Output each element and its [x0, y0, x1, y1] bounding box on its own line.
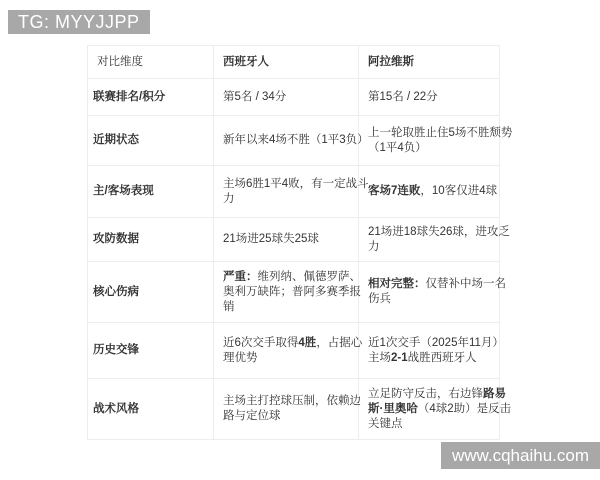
- alaves-cell: 第15名 / 22分: [359, 79, 500, 116]
- espanyol-cell: 严重：维列纳、佩德罗萨、 奥利万缺阵；普阿多赛季报 销: [214, 262, 359, 323]
- text-segment: 21场进25球失25球: [223, 233, 319, 245]
- alaves-cell: 近1次交手（2025年11月） 主场2-1战胜西班牙人: [359, 323, 500, 379]
- table-row: 核心伤病严重：维列纳、佩德罗萨、 奥利万缺阵；普阿多赛季报 销相对完整：仅替补中…: [88, 262, 500, 323]
- text-segment: 立足防守反击，右边锋: [368, 388, 483, 400]
- text-segment: 第5名 / 34分: [223, 91, 286, 103]
- header-team-alaves: 阿拉维斯: [359, 46, 500, 79]
- espanyol-cell: 近6次交手取得4胜，占据心 理优势: [214, 323, 359, 379]
- text-segment: 近6次交手取得: [223, 337, 298, 349]
- comparison-table: 对比维度 西班牙人 阿拉维斯 联赛排名/积分第5名 / 34分第15名 / 22…: [87, 45, 500, 440]
- row-label: 战术风格: [88, 379, 214, 440]
- row-label: 历史交锋: [88, 323, 214, 379]
- espanyol-cell: 主场6胜1平4败，有一定战斗 力: [214, 166, 359, 218]
- text-segment: 2-1: [391, 352, 408, 364]
- text-segment: 21场进18球失26球，进攻乏 力: [368, 226, 510, 253]
- espanyol-cell: 第5名 / 34分: [214, 79, 359, 116]
- row-label: 主/客场表现: [88, 166, 214, 218]
- text-segment: ，10客仅进4球: [420, 185, 497, 197]
- text-segment: 主场主打控球压制，依赖边 路与定位球: [223, 395, 361, 422]
- text-segment: 主场6胜1平4败，有一定战斗 力: [223, 178, 369, 205]
- row-label: 核心伤病: [88, 262, 214, 323]
- page: TG: MYYJJPP 对比维度 西班牙人 阿拉维斯 联赛排名/积分第5名 / …: [0, 0, 600, 480]
- text-segment: 战胜西班牙人: [408, 352, 477, 364]
- text-segment: 4胜: [298, 337, 316, 349]
- table-row: 近期状态新年以来4场不胜（1平3负）上一轮取胜止住5场不胜颓势 （1平4负）: [88, 116, 500, 166]
- text-segment: 新年以来4场不胜（1平3负）: [223, 134, 369, 146]
- table-row: 历史交锋近6次交手取得4胜，占据心 理优势近1次交手（2025年11月） 主场2…: [88, 323, 500, 379]
- row-label: 攻防数据: [88, 218, 214, 262]
- text-segment: 严重：: [223, 271, 258, 283]
- table-row: 主/客场表现主场6胜1平4败，有一定战斗 力客场7连败，10客仅进4球: [88, 166, 500, 218]
- table-row: 战术风格主场主打控球压制，依赖边 路与定位球立足防守反击，右边锋路易 斯·里奥哈…: [88, 379, 500, 440]
- alaves-cell: 21场进18球失26球，进攻乏 力: [359, 218, 500, 262]
- header-dimension: 对比维度: [88, 46, 214, 79]
- table-row: 攻防数据21场进25球失25球21场进18球失26球，进攻乏 力: [88, 218, 500, 262]
- text-segment: 相对完整：: [368, 278, 426, 290]
- telegram-handle-badge: TG: MYYJJPP: [8, 10, 150, 34]
- text-segment: 客场7连败: [368, 185, 420, 197]
- table-row: 联赛排名/积分第5名 / 34分第15名 / 22分: [88, 79, 500, 116]
- alaves-cell: 立足防守反击，右边锋路易 斯·里奥哈（4球2助）是反击 关键点: [359, 379, 500, 440]
- comparison-table-body: 联赛排名/积分第5名 / 34分第15名 / 22分近期状态新年以来4场不胜（1…: [88, 79, 500, 440]
- row-label: 联赛排名/积分: [88, 79, 214, 116]
- alaves-cell: 上一轮取胜止住5场不胜颓势 （1平4负）: [359, 116, 500, 166]
- header-row: 对比维度 西班牙人 阿拉维斯: [88, 46, 500, 79]
- alaves-cell: 客场7连败，10客仅进4球: [359, 166, 500, 218]
- table-header: 对比维度 西班牙人 阿拉维斯: [88, 46, 500, 79]
- text-segment: 上一轮取胜止住5场不胜颓势 （1平4负）: [368, 127, 512, 154]
- espanyol-cell: 主场主打控球压制，依赖边 路与定位球: [214, 379, 359, 440]
- header-team-espanyol: 西班牙人: [214, 46, 359, 79]
- text-segment: 第15名 / 22分: [368, 91, 438, 103]
- row-label: 近期状态: [88, 116, 214, 166]
- watermark-url: www.cqhaihu.com: [441, 442, 600, 469]
- espanyol-cell: 新年以来4场不胜（1平3负）: [214, 116, 359, 166]
- espanyol-cell: 21场进25球失25球: [214, 218, 359, 262]
- alaves-cell: 相对完整：仅替补中场一名 伤兵: [359, 262, 500, 323]
